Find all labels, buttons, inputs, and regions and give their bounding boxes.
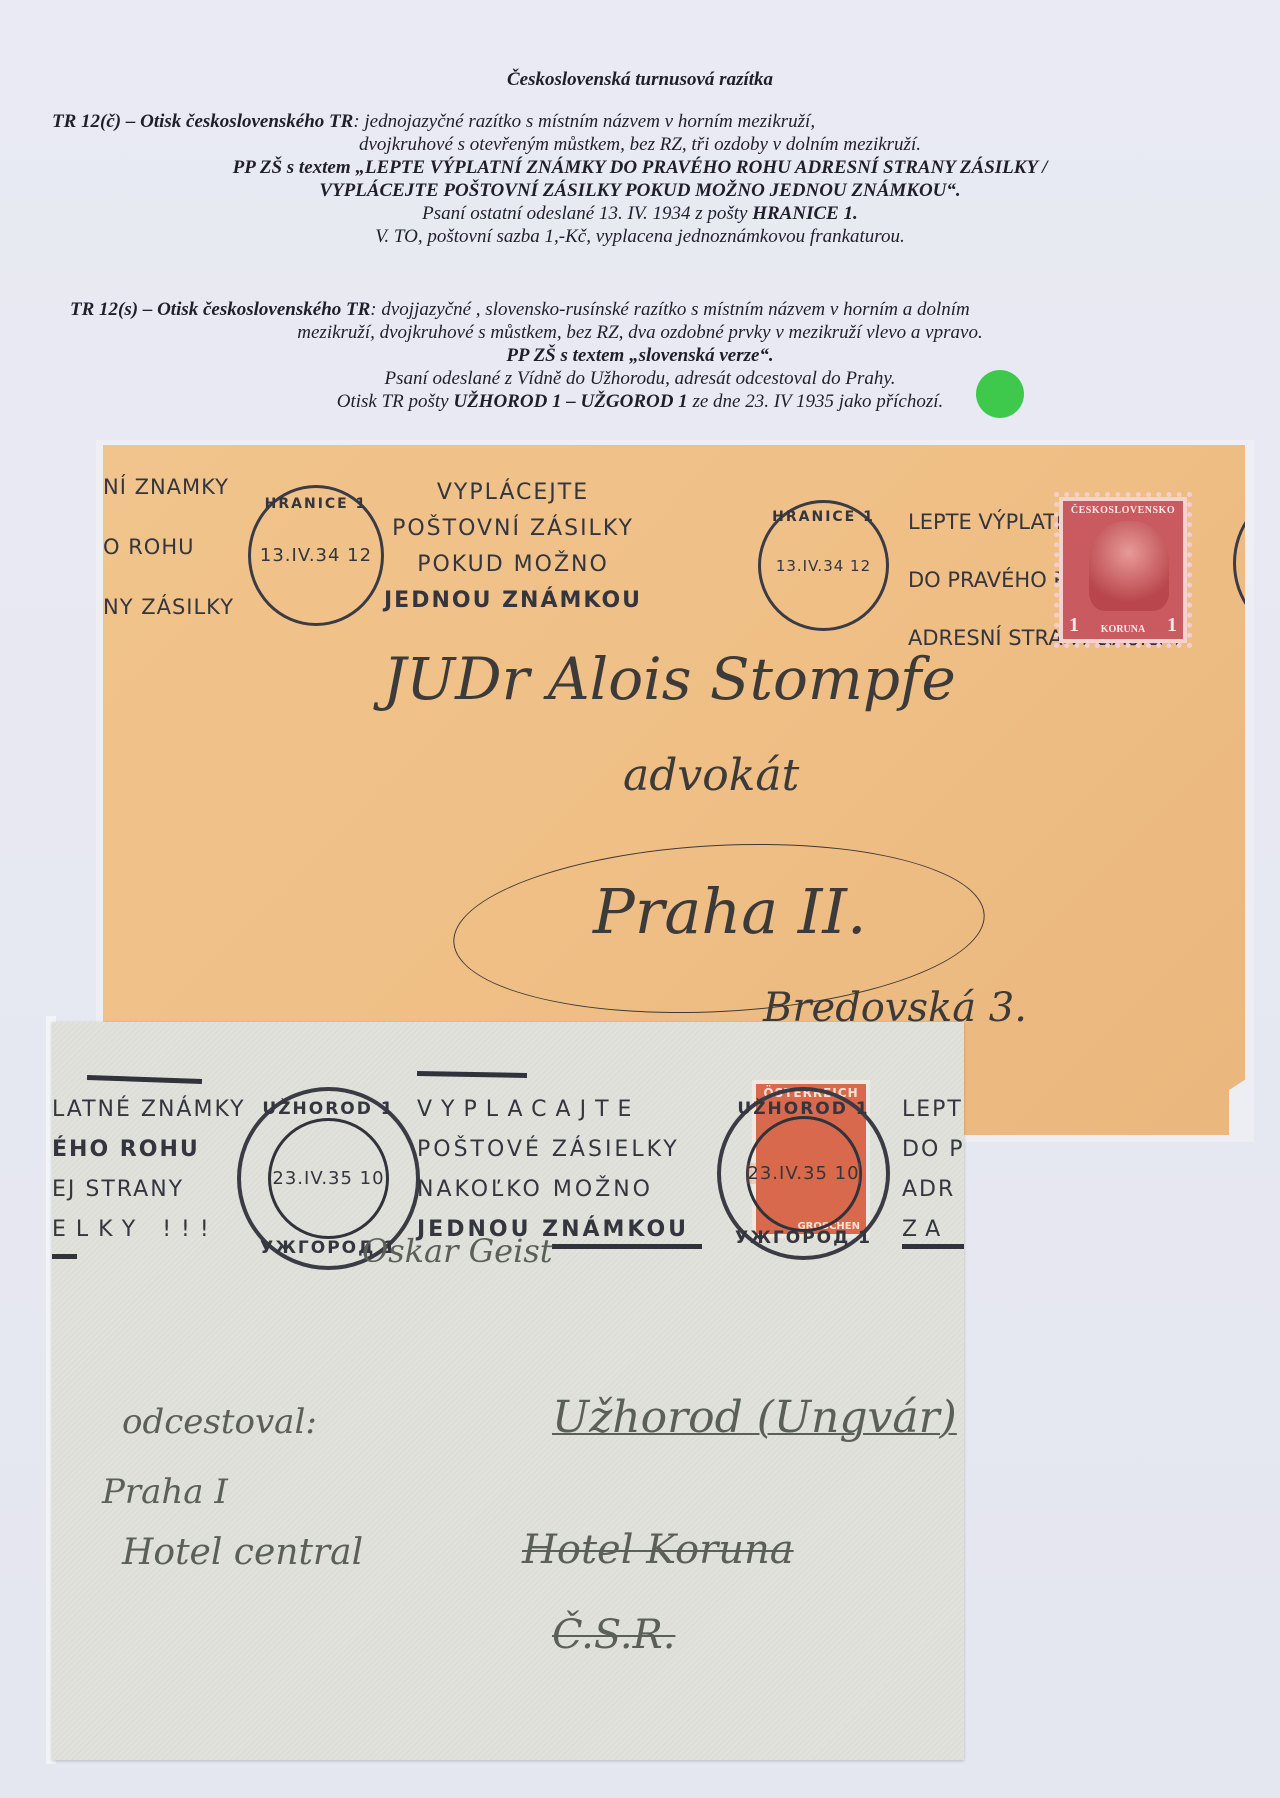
slogan-mid-line: NAKOĽKO MOŽNO xyxy=(417,1170,689,1210)
tr12s-heading: TR 12(s) – Otisk československého TR: dv… xyxy=(0,298,1280,321)
slogan-middle: VYPLACAJTE POŠTOVÉ ZÁSIELKY NAKOĽKO MOŽN… xyxy=(417,1090,689,1250)
forward-city: Praha I xyxy=(102,1472,228,1512)
address-city: Užhorod (Ungvár) xyxy=(552,1392,957,1443)
tr12c-line6: V. TO, poštovní sazba 1,-Kč, vyplacena j… xyxy=(0,225,1280,248)
tr12c-line2: dvojkruhové s otevřeným můstkem, bez RZ,… xyxy=(0,133,1280,156)
slogan-mid-line: POKUD MOŽNO xyxy=(363,547,663,583)
postmark-town: HRANICE 1 xyxy=(265,496,368,512)
cancel-bar xyxy=(552,1244,702,1249)
tr12c-line3: PP ZŠ s textem „LEPTE VÝPLATNÍ ZNÁMKY DO… xyxy=(0,156,1280,179)
slogan-right-line: LEPTE xyxy=(902,1090,964,1130)
slogan-mid-line: POŠTOVÉ ZÁSIELKY xyxy=(417,1130,689,1170)
slogan-left-line: ELKY !!! xyxy=(52,1210,246,1250)
sender-signature: Oskar Geist xyxy=(362,1232,553,1270)
slogan-left-line: NY ZÁSILKY xyxy=(103,577,234,637)
slogan-left: NÍ ZNAMKY O ROHU NY ZÁSILKY xyxy=(103,457,234,637)
slogan-mid-line: POŠTOVNÍ ZÁSILKY xyxy=(363,511,663,547)
slogan-right-line: DO P xyxy=(902,1130,964,1170)
tr12c-heading: TR 12(č) – Otisk československého TR: je… xyxy=(0,110,1280,133)
postmark-town: HRANICE 1 xyxy=(772,509,875,525)
cancel-bar xyxy=(417,1071,527,1078)
postmark-date: 23.IV.35 10 xyxy=(747,1163,859,1184)
slogan-left: LATNÉ ZNÁMKY ÉHO ROHU EJ STRANY ELKY !!! xyxy=(52,1090,246,1250)
tr12c-heading-rest: : jednojazyčné razítko s místním názvem … xyxy=(353,111,815,132)
tr12s-line5-suffix: ze dne 23. IV 1935 jako příchozí. xyxy=(688,391,944,412)
stamp-unit: KORUNA xyxy=(1063,624,1183,635)
description-tr12c: TR 12(č) – Otisk československého TR: je… xyxy=(0,110,1280,248)
slogan-mid-line: VYPLÁCEJTE xyxy=(363,475,663,511)
postmark-date: 13.IV.34 12 xyxy=(260,545,372,566)
page-title-text: Československá turnusová razítka xyxy=(0,68,1280,91)
tr12c-heading-bold: TR 12(č) – Otisk československého TR xyxy=(52,111,353,132)
envelope-uzhorod: LATNÉ ZNÁMKY ÉHO ROHU EJ STRANY ELKY !!!… xyxy=(52,1022,964,1760)
postmark-uzhorod-2: UŽHOROD 1 23.IV.35 10 УЖГОРОД 1 xyxy=(717,1087,890,1260)
postmark-date: 23.IV.35 10 xyxy=(272,1168,384,1189)
postmark-town-top: UŽHOROD 1 xyxy=(737,1099,869,1119)
tr12s-heading-bold: TR 12(s) – Otisk československého TR xyxy=(70,299,370,320)
postmark-town-bottom: УЖГОРОД 1 xyxy=(735,1228,872,1248)
slogan-right-line: ADR xyxy=(902,1170,964,1210)
cancel-bar xyxy=(52,1254,77,1259)
tr12s-line5-bold: UŽHOROD 1 – UŽGOROD 1 xyxy=(453,391,687,412)
postmark-town-top: UŽHOROD 1 xyxy=(262,1099,394,1119)
address-city: Praha II. xyxy=(593,875,867,948)
slogan-right: LEPTE DO P ADR ZA xyxy=(902,1090,964,1250)
slogan-mid-line: VYPLACAJTE xyxy=(417,1090,689,1130)
tr12s-line2: mezikruží, dvojkruhové s můstkem, bez RZ… xyxy=(0,321,1280,344)
slogan-left-line: O ROHU xyxy=(103,517,234,577)
tr12s-heading-rest: : dvojjazyčné , slovensko-rusínské razít… xyxy=(370,299,969,320)
address-name: JUDr Alois Stompfe xyxy=(383,645,956,713)
postmark-hranice-2: HRANICE 1 13.IV.34 12 xyxy=(758,500,889,631)
stamp-value-right: 1 xyxy=(1167,614,1177,637)
slogan-left-line: NÍ ZNAMKY xyxy=(103,457,234,517)
tr12s-line5: Otisk TR pošty UŽHOROD 1 – UŽGOROD 1 ze … xyxy=(0,390,1280,413)
address-hotel-struck: Hotel Koruna xyxy=(522,1527,794,1573)
address-title: advokát xyxy=(623,750,799,801)
portrait-icon xyxy=(1089,521,1169,611)
cancel-bar xyxy=(902,1244,964,1249)
forward-label: odcestoval: xyxy=(122,1402,317,1442)
tr12s-line5-prefix: Otisk TR pošty xyxy=(337,391,454,412)
tr12c-line5: Psaní ostatní odeslané 13. IV. 1934 z po… xyxy=(0,202,1280,225)
cancel-bar xyxy=(87,1075,202,1084)
page-title: Československá turnusová razítka xyxy=(0,68,1280,91)
slogan-left-line: LATNÉ ZNÁMKY xyxy=(52,1090,246,1130)
tr12c-line5-prefix: Psaní ostatní odeslané 13. IV. 1934 z po… xyxy=(422,203,752,224)
tr12c-line4: VYPLÁCEJTE POŠTOVNÍ ZÁSILKY POKUD MOŽNO … xyxy=(0,179,1280,202)
tr12s-line4: Psaní odeslané z Vídně do Užhorodu, adre… xyxy=(0,367,1280,390)
description-tr12s: TR 12(s) – Otisk československého TR: dv… xyxy=(0,298,1280,413)
green-marker-dot xyxy=(976,370,1024,418)
stamp-country: ČESKOSLOVENSKO xyxy=(1063,505,1183,516)
address-country-struck: Č.S.R. xyxy=(552,1612,675,1658)
slogan-middle: VYPLÁCEJTE POŠTOVNÍ ZÁSILKY POKUD MOŽNO … xyxy=(363,475,663,619)
postmark-date: 13.IV.34 12 xyxy=(776,557,871,575)
tr12s-line3: PP ZŠ s textem „slovenská verze“. xyxy=(0,344,1280,367)
tr12c-line5-bold: HRANICE 1. xyxy=(752,203,858,224)
slogan-mid-line: JEDNOU ZNÁMKOU xyxy=(363,583,663,619)
slogan-left-line: ÉHO ROHU xyxy=(52,1130,246,1170)
forward-hotel: Hotel central xyxy=(122,1532,363,1573)
stamp-masaryk-1-koruna: ČESKOSLOVENSKO 1 KORUNA 1 xyxy=(1059,497,1187,643)
slogan-left-line: EJ STRANY xyxy=(52,1170,246,1210)
